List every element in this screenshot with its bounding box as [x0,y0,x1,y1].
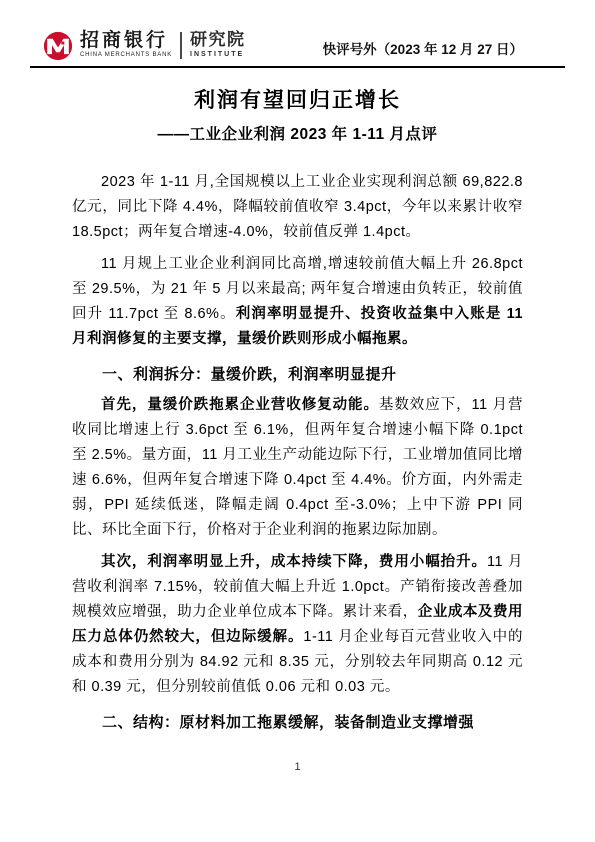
section-heading-2: 二、结构：原材料加工拖累缓解，装备制造业支撑增强 [72,710,523,735]
document-subtitle: ——工业企业利润 2023 年 1-11 月点评 [72,124,523,146]
cmb-logo-icon [43,31,73,61]
paragraph-november-growth: 11 月规上工业企业利润同比高增,增速较前值大幅上升 26.8pct 至 29.… [72,252,523,352]
paragraph-overview: 2023 年 1-11 月,全国规模以上工业企业实现利润总额 69,822.8 … [72,170,523,245]
bold-text-run: 首先，量缓价跌拖累企业营收修复动能。 [101,397,379,413]
bank-name-block: 招商银行 CHINA MERCHANTS BANK [80,30,172,59]
report-page: 招商银行 CHINA MERCHANTS BANK 研究院 INSTITUTE … [0,0,595,842]
institute-block: 研究院 INSTITUTE [190,30,246,59]
text-run: 基数效应下，11 月营收同比增速上行 3.6pct 至 6.1%，但两年复合增速… [72,397,523,538]
bank-name-cn: 招商银行 [80,30,172,51]
bank-name-en: CHINA MERCHANTS BANK [80,51,172,59]
page-header: 招商银行 CHINA MERCHANTS BANK 研究院 INSTITUTE … [30,30,565,68]
page-number: 1 [0,761,595,773]
institute-name-en: INSTITUTE [190,50,246,59]
paragraph-margin-cost: 其次，利润率明显上升，成本持续下降，费用小幅抬升。11 月营收利润率 7.15%… [72,550,523,700]
logo-divider [180,32,182,59]
cmb-logo: 招商银行 CHINA MERCHANTS BANK 研究院 INSTITUTE [30,30,246,61]
document-title: 利润有望回归正增长 [72,88,523,114]
document-body: 利润有望回归正增长 ——工业企业利润 2023 年 1-11 月点评 2023 … [72,68,523,735]
bold-text-run: 其次，利润率明显上升，成本持续下降，费用小幅抬升。 [101,554,487,570]
paragraph-volume-price: 首先，量缓价跌拖累企业营收修复动能。基数效应下，11 月营收同比增速上行 3.6… [72,393,523,543]
issue-label: 快评号外（2023 年 12 月 27 日） [323,38,523,58]
text-run: 2023 年 1-11 月,全国规模以上工业企业实现利润总额 69,822.8 … [72,174,523,240]
institute-name-cn: 研究院 [190,30,246,50]
section-heading-1: 一、利润拆分：量缓价跌，利润率明显提升 [72,362,523,387]
